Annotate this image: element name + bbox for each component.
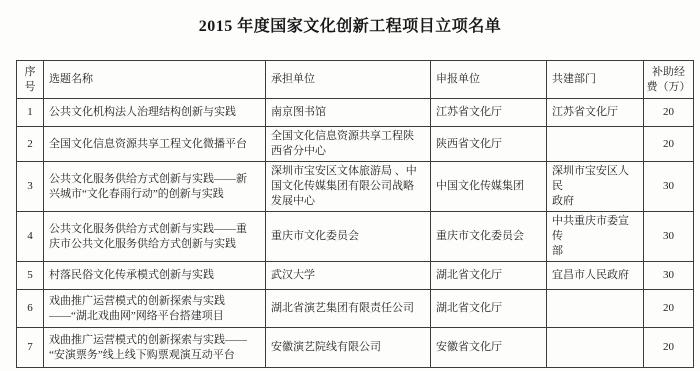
col-header-applicant: 申报单位 (431, 61, 547, 99)
table-row: 3 公共文化服务供给方式创新与实践——新 兴城市“文化春雨行动”的创新与实践 深… (17, 162, 694, 212)
cell-applicant: 安徽省文化厅 (431, 328, 547, 368)
projects-table: 序 号 选题名称 承担单位 申报单位 共建部门 补助经 费（万） 1 公共文化机… (16, 60, 694, 368)
cell-undertaker: 武汉大学 (266, 262, 431, 290)
table-row: 2 全国文化信息资源共享工程文化微播平台 全国文化信息资源共享工程陕 西省分中心… (17, 127, 694, 162)
cell-seq: 1 (17, 99, 44, 127)
cell-funding: 20 (644, 290, 694, 328)
cell-undertaker: 深圳市宝安区文体旅游局 、中 国文化传媒集团有限公司战略 发展中心 (266, 162, 431, 212)
document-title: 2015 年度国家文化创新工程项目立项名单 (0, 0, 700, 36)
cell-topic: 戏曲推广运营模式的创新探索与实践—— “安演票务”线上线下购票观演互动平台 (44, 328, 266, 368)
table-row: 5 村落民俗文化传承模式创新与实践 武汉大学 湖北省文化厅 宜昌市人民政府 30 (17, 262, 694, 290)
header-row: 序 号 选题名称 承担单位 申报单位 共建部门 补助经 费（万） (17, 61, 694, 99)
cell-seq: 4 (17, 212, 44, 262)
cell-seq: 2 (17, 127, 44, 162)
cell-funding: 20 (644, 328, 694, 368)
cell-funding: 30 (644, 212, 694, 262)
document-page: 2015 年度国家文化创新工程项目立项名单 序 号 选题名称 承担单位 申报单位… (0, 0, 700, 371)
col-header-topic: 选题名称 (44, 61, 266, 99)
cell-partner: 中共重庆市委宣传 部 (547, 212, 644, 262)
col-header-seq: 序 号 (17, 61, 44, 99)
col-header-funding: 补助经 费（万） (644, 61, 694, 99)
cell-applicant: 中国文化传媒集团 (431, 162, 547, 212)
cell-funding: 20 (644, 99, 694, 127)
table-row: 4 公共文化服务供给方式创新与实践——重 庆市公共文化服务供给方式创新与实践 重… (17, 212, 694, 262)
cell-partner (547, 328, 644, 368)
cell-applicant: 湖北省文化厅 (431, 262, 547, 290)
cell-applicant: 重庆市文化委员会 (431, 212, 547, 262)
cell-funding: 30 (644, 262, 694, 290)
cell-seq: 5 (17, 262, 44, 290)
cell-undertaker: 全国文化信息资源共享工程陕 西省分中心 (266, 127, 431, 162)
cell-topic: 公共文化机构法人治理结构创新与实践 (44, 99, 266, 127)
cell-funding: 30 (644, 162, 694, 212)
table-row: 1 公共文化机构法人治理结构创新与实践 南京图书馆 江苏省文化厅 江苏省文化厅 … (17, 99, 694, 127)
cell-undertaker: 南京图书馆 (266, 99, 431, 127)
cell-topic: 戏曲推广运营模式的创新探索与实践 ——“湖北戏曲网”网络平台搭建项目 (44, 290, 266, 328)
cell-partner: 江苏省文化厅 (547, 99, 644, 127)
cell-undertaker: 湖北省演艺集团有限责任公司 (266, 290, 431, 328)
cell-topic: 全国文化信息资源共享工程文化微播平台 (44, 127, 266, 162)
cell-applicant: 湖北省文化厅 (431, 290, 547, 328)
cell-topic: 公共文化服务供给方式创新与实践——重 庆市公共文化服务供给方式创新与实践 (44, 212, 266, 262)
cell-applicant: 陕西省文化厅 (431, 127, 547, 162)
col-header-undertaker: 承担单位 (266, 61, 431, 99)
cell-seq: 7 (17, 328, 44, 368)
cell-undertaker: 重庆市文化委员会 (266, 212, 431, 262)
col-header-partner: 共建部门 (547, 61, 644, 99)
cell-applicant: 江苏省文化厅 (431, 99, 547, 127)
cell-partner: 深圳市宝安区人民 政府 (547, 162, 644, 212)
cell-undertaker: 安徽演艺院线有限公司 (266, 328, 431, 368)
cell-seq: 6 (17, 290, 44, 328)
cell-partner (547, 290, 644, 328)
table-row: 6 戏曲推广运营模式的创新探索与实践 ——“湖北戏曲网”网络平台搭建项目 湖北省… (17, 290, 694, 328)
cell-partner (547, 127, 644, 162)
cell-seq: 3 (17, 162, 44, 212)
cell-topic: 村落民俗文化传承模式创新与实践 (44, 262, 266, 290)
cell-partner: 宜昌市人民政府 (547, 262, 644, 290)
cell-topic: 公共文化服务供给方式创新与实践——新 兴城市“文化春雨行动”的创新与实践 (44, 162, 266, 212)
cell-funding: 20 (644, 127, 694, 162)
table-row: 7 戏曲推广运营模式的创新探索与实践—— “安演票务”线上线下购票观演互动平台 … (17, 328, 694, 368)
